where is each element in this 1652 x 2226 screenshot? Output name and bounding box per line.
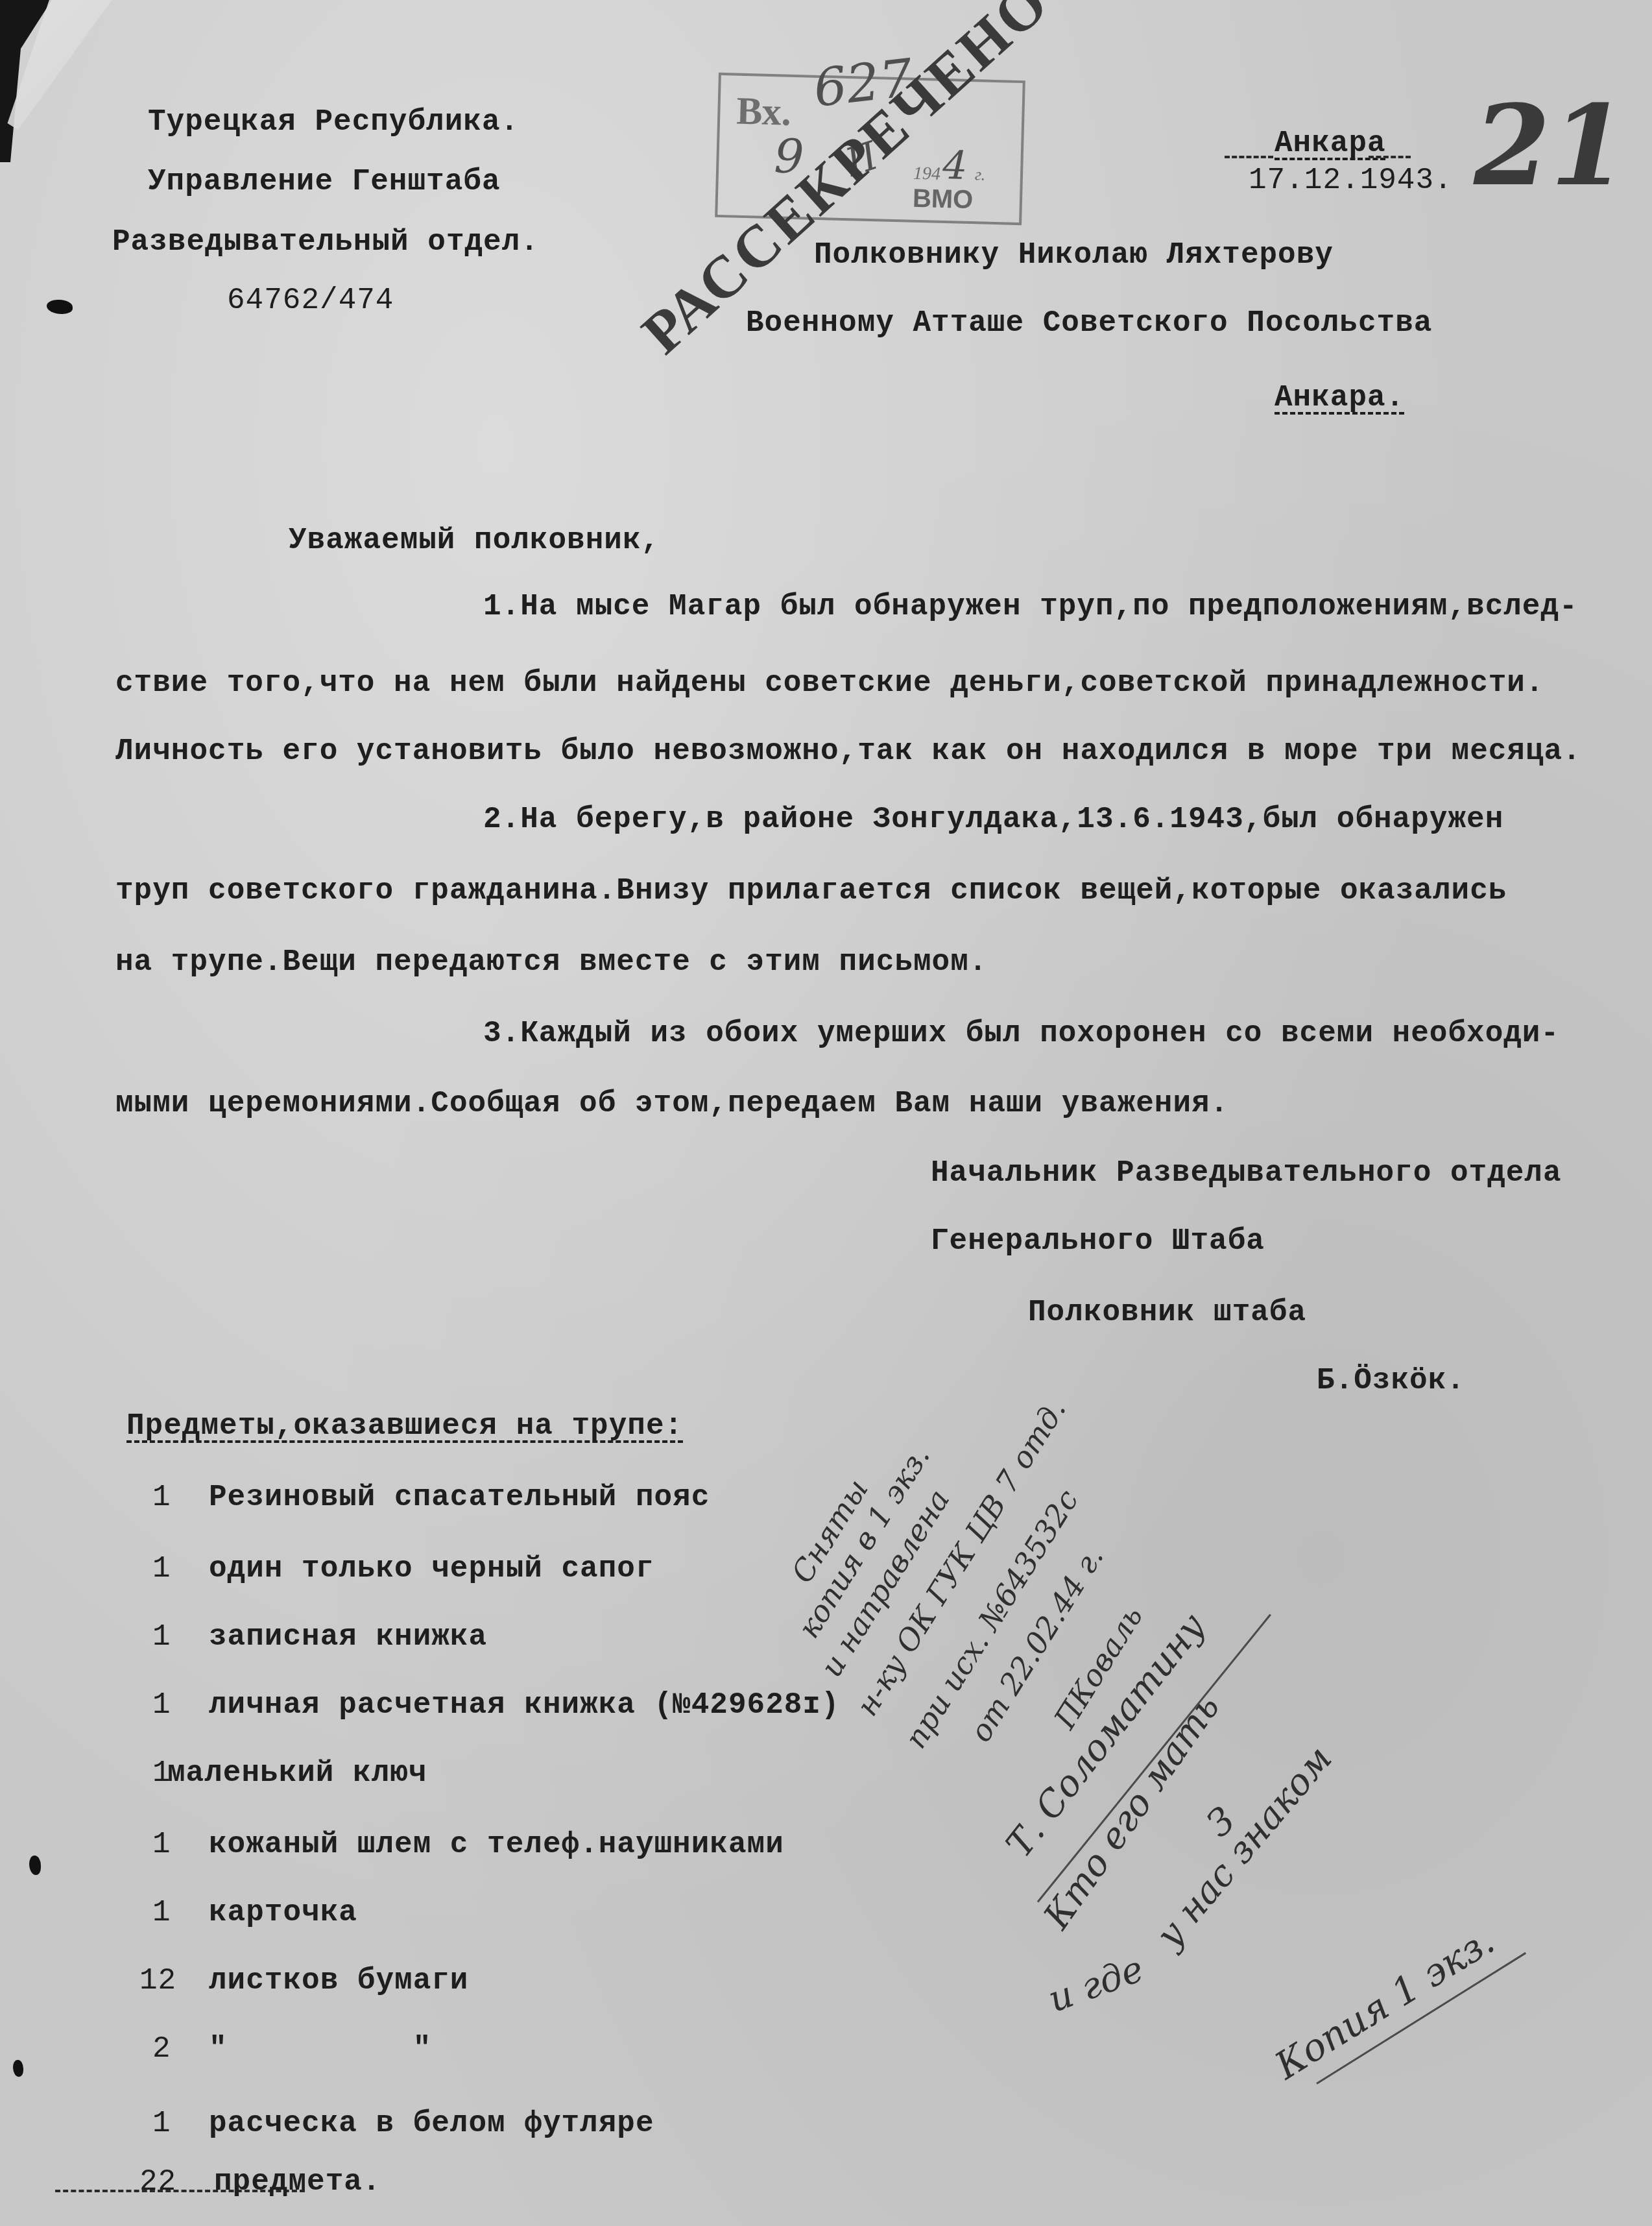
item-quantity: 1: [152, 1690, 171, 1720]
item-description: один только черный сапог: [209, 1554, 654, 1584]
stamp-incoming-label: Вх.: [736, 89, 792, 135]
item-quantity: 1: [152, 1482, 171, 1512]
item-description: личная расчетная книжка (№429628ɪ): [209, 1690, 840, 1720]
item-description: карточка: [209, 1898, 357, 1928]
paragraph-2-line-3: на трупе.Вещи передаются вместе с этим п…: [115, 947, 987, 977]
paragraph-2-line-1: 2.На берегу,в районе Зонгулдака,13.6.194…: [483, 805, 1503, 834]
underline-decoration: [1369, 156, 1411, 158]
paragraph-2-line-2: труп советского гражданина.Внизу прилага…: [115, 876, 1507, 906]
paragraph-1-line-1: 1.На мысе Магар был обнаружен труп,по пр…: [483, 592, 1578, 622]
signatory-rank: Полковник штаба: [1028, 1298, 1306, 1327]
place-city: Анкара: [1275, 128, 1386, 158]
page-number: 21: [1474, 91, 1627, 201]
punch-hole: [13, 2060, 23, 2077]
item-quantity: 2: [152, 2034, 171, 2064]
recipient-city: Анкара.: [1275, 383, 1404, 413]
item-description: расческа в белом футляре: [209, 2109, 654, 2138]
paragraph-3-line-2: мыми церемониями.Сообщая об этом,передае…: [115, 1089, 1228, 1119]
stamp-year-unit: г.: [975, 165, 986, 184]
recipient-name: Полковнику Николаю Ляхтерову: [814, 240, 1334, 270]
signatory-name: Б.Öзкöк.: [1317, 1366, 1465, 1396]
paragraph-1-line-2: ствие того,что на нем были найдены совет…: [115, 668, 1544, 698]
item-quantity: 1: [152, 1830, 171, 1859]
items-total-qty: 22: [139, 2167, 176, 2197]
document-page: Турецкая Республика. Управление Генштаба…: [0, 0, 1652, 2226]
items-total-label: предмета.: [214, 2167, 381, 2197]
paragraph-1-line-3: Личность его установить было невозможно,…: [115, 736, 1581, 766]
items-heading: Предметы,оказавшиеся на трупе:: [126, 1411, 683, 1441]
item-description: листков бумаги: [209, 1966, 468, 1996]
paragraph-3-line-1: 3.Каждый из обоих умерших был похоронен …: [483, 1019, 1559, 1048]
issuer-directorate: Управление Генштаба: [148, 167, 501, 197]
stamp-year-handwritten: 4: [942, 143, 968, 189]
letter-date: 17.12.1943.: [1249, 165, 1453, 195]
punch-hole: [47, 300, 73, 314]
handwritten-note-copy-count: Копия 1 экз.: [1267, 1918, 1502, 2088]
item-description: маленький ключ: [167, 1758, 427, 1788]
item-quantity: 1: [152, 2109, 171, 2138]
stamp-year: 194: [913, 163, 941, 185]
signatory-unit: Генерального Штаба: [931, 1226, 1265, 1256]
item-description: кожаный шлем с телеф.наушниками: [209, 1830, 784, 1859]
stamp-department: ВМО: [912, 184, 973, 215]
item-quantity: 1: [152, 1622, 171, 1652]
punch-hole: [29, 1856, 41, 1875]
item-description: " ": [209, 2034, 431, 2064]
reference-number: 64762/474: [227, 285, 394, 315]
item-description: записная книжка: [209, 1622, 487, 1652]
recipient-position: Военному Атташе Советского Посольства: [746, 308, 1432, 338]
underline-decoration: [1225, 156, 1273, 158]
issuer-department: Разведывательный отдел.: [112, 227, 539, 257]
item-description: Резиновый спасательный пояс: [209, 1482, 710, 1512]
item-quantity: 1: [152, 1898, 171, 1928]
handwritten-line: и где: [1043, 1948, 1149, 2021]
item-quantity: 1: [152, 1554, 171, 1584]
salutation: Уважаемый полковник,: [289, 526, 660, 555]
signatory-title: Начальник Разведывательного отдела: [931, 1158, 1562, 1188]
item-quantity: 12: [139, 1966, 176, 1996]
issuer-country: Турецкая Республика.: [148, 107, 519, 137]
